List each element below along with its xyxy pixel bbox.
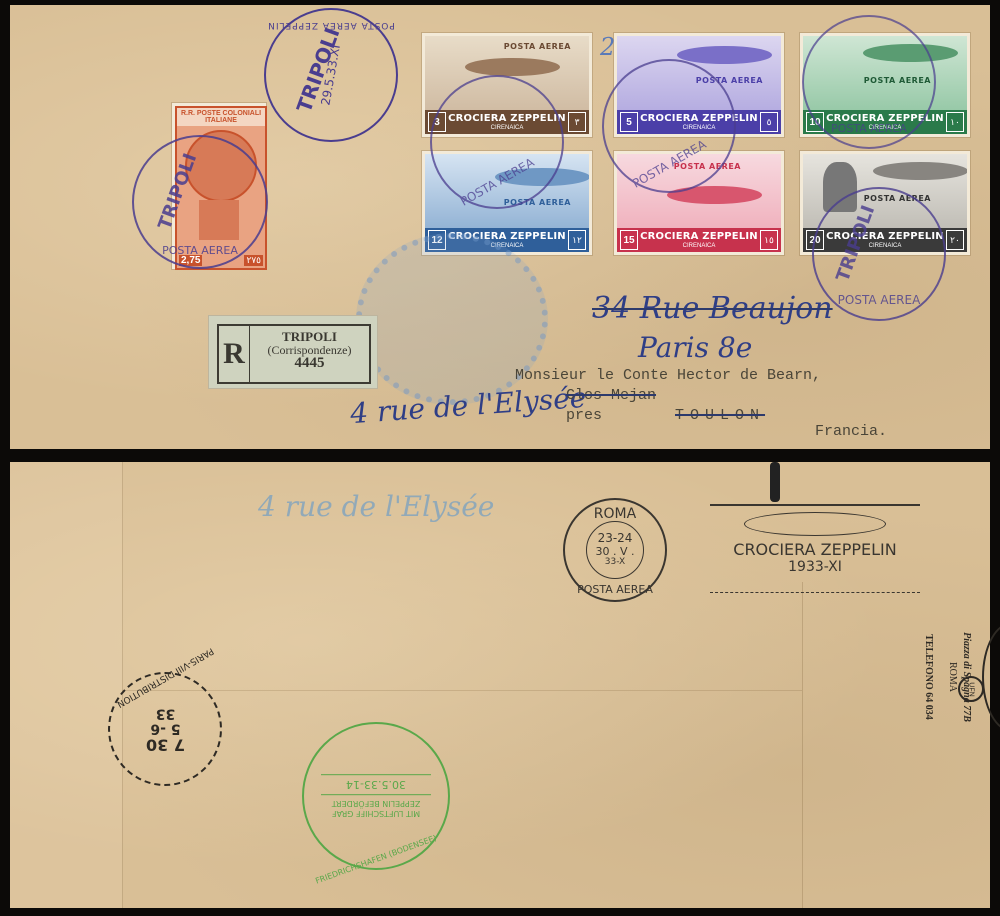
slogan-line-1: CROCIERA ZEPPELIN bbox=[710, 540, 920, 559]
registration-label: R TRIPOLI (Corrispondenze) 4445 bbox=[208, 315, 378, 389]
postmark-tripoli-top: POSTA AEREA ZEPPELIN TRIPOLI 29.5.33.XI bbox=[264, 8, 398, 142]
handwritten-struck-address: 34 Rue Beaujon bbox=[592, 291, 833, 326]
postmark-text: PARIS-VIII DISTRIBUTION bbox=[110, 642, 221, 712]
monogram-logo: UFN bbox=[958, 676, 984, 702]
slogan-line-2: 1933-XI bbox=[710, 559, 920, 575]
postmark-year: 33-X bbox=[605, 558, 625, 568]
zeppelin-icon bbox=[465, 58, 560, 76]
handwritten-note: 2 bbox=[600, 33, 615, 61]
stamp-header: R.R. POSTE COLONIALI ITALIANE bbox=[177, 108, 265, 126]
stamp-arabic-value: ٥ bbox=[760, 112, 778, 132]
postmark-time: 7 30 bbox=[146, 736, 185, 754]
postmark-city: ROMA bbox=[594, 506, 636, 522]
postmark-date: 5 -6 bbox=[146, 720, 185, 735]
cachet-city: ROMA bbox=[947, 592, 958, 762]
envelope-flap-left bbox=[10, 462, 123, 908]
postmark-text: POSTA AEREA bbox=[630, 137, 709, 190]
postmark-text: POSTA AEREA bbox=[831, 122, 907, 135]
dealer-cachet: UNIONE FILATELICA NAZIONALE S.A. Piazza … bbox=[822, 612, 972, 782]
postmark-paris: 7 30 5 -6 33 PARIS-VIII DISTRIBUTION bbox=[108, 672, 222, 786]
stamp-value: 15 bbox=[620, 230, 638, 250]
postmark-roma: ROMA 23-24 30 . V . 33-X POSTA AEREA bbox=[563, 498, 667, 602]
stamp-arabic-value: ٢٧٥ bbox=[244, 255, 263, 266]
postmark-date: 30 . V . bbox=[595, 546, 634, 558]
envelope-front: R.R. POSTE COLONIALI ITALIANE 2,75 ٢٧٥ P… bbox=[10, 5, 990, 449]
postmark-city: TRIPOLI bbox=[154, 151, 201, 233]
registration-letter: R bbox=[219, 326, 250, 382]
stamp-arabic-value: ١٢ bbox=[568, 230, 586, 250]
postmark-time: 23-24 bbox=[598, 532, 633, 545]
stamp-arabic-value: ٢٠ bbox=[946, 230, 964, 250]
postmark-tripoli-right-top: POSTA AEREA bbox=[802, 15, 936, 149]
postmark-tripoli-center: POSTA AEREA bbox=[602, 59, 736, 193]
postmark-inner-text: MIT LUFTSCHIFF GRAF ZEPPELIN BEFÖRDERT bbox=[321, 799, 431, 818]
registration-office: TRIPOLI bbox=[250, 330, 369, 344]
stamp-arabic-value: ١٥ bbox=[760, 230, 778, 250]
stamp-title: CROCIERA ZEPPELIN bbox=[638, 232, 760, 242]
pencil-note: 4 rue de l'Elysée bbox=[258, 490, 494, 523]
address-line-3-city: TOULON bbox=[675, 407, 765, 424]
address-line-1: Monsieur le Conte Hector de Bearn, bbox=[515, 367, 821, 384]
cachet-oval: UNIONE FILATELICA NAZIONALE S.A. bbox=[982, 622, 1000, 732]
envelope-flap-bottom bbox=[122, 690, 802, 909]
monogram-text: UFN bbox=[967, 682, 974, 696]
address-line-2: Clos Mejan bbox=[566, 387, 656, 404]
postmark-year: 33 bbox=[146, 705, 185, 720]
address-country: Francia. bbox=[815, 423, 887, 440]
posta-aerea-text: POSTA AEREA bbox=[504, 42, 571, 51]
postmark-text: POSTA AEREA bbox=[838, 293, 921, 307]
postmark-date: 30.5.33-14 bbox=[321, 774, 431, 795]
postmark-text: POSTA AEREA bbox=[577, 583, 653, 596]
cachet-phone: TELEFONO 64 034 bbox=[923, 592, 934, 762]
postmark-text: POSTA AEREA bbox=[162, 244, 238, 257]
postmark-friedrichshafen: MIT LUFTSCHIFF GRAF ZEPPELIN BEFÖRDERT 3… bbox=[302, 722, 450, 870]
envelope-back: 4 rue de l'Elysée ROMA 23-24 30 . V . 33… bbox=[10, 462, 990, 908]
zeppelin-icon bbox=[873, 162, 967, 180]
zeppelin-icon bbox=[677, 46, 772, 64]
postmark-tripoli-middle: POSTA AEREA bbox=[430, 75, 564, 209]
postmark-tripoli-left: TRIPOLI POSTA AEREA bbox=[132, 135, 268, 269]
stamp-arabic-value: ٣ bbox=[568, 112, 586, 132]
handwritten-street: 4 rue de l'Elysée bbox=[349, 381, 587, 430]
stamp-region: CIRENAICA bbox=[638, 243, 760, 249]
ink-smudge bbox=[770, 462, 780, 502]
registration-number: 4445 bbox=[250, 356, 369, 372]
zeppelin-icon bbox=[744, 512, 886, 536]
handwritten-city: Paris 8e bbox=[638, 331, 752, 364]
postmark-text: POSTA AEREA bbox=[458, 155, 537, 208]
postmark-city: TRIPOLI bbox=[832, 203, 879, 285]
slogan-cancel: CROCIERA ZEPPELIN 1933-XI bbox=[710, 504, 920, 593]
address-line-3-prefix: pres bbox=[566, 407, 602, 424]
stamp-arabic-value: ١٠ bbox=[946, 112, 964, 132]
